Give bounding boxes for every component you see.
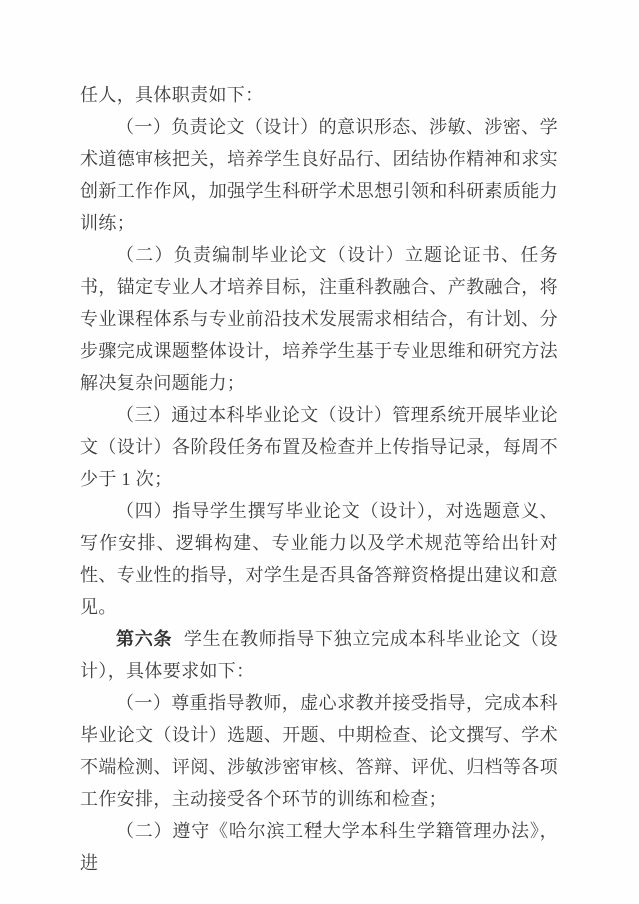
page-number: - 4 -: [0, 817, 639, 833]
article-number-label: 第六条: [116, 629, 172, 649]
document-body: 任人，具体职责如下： （一）负责论文（设计）的意识形态、涉敏、涉密、学术道德审核…: [80, 79, 558, 879]
paragraph-duty-4: （四）指导学生撰写毕业论文（设计），对选题意义、写作安排、逻辑构建、专业能力以及…: [80, 495, 558, 623]
paragraph-duty-3: （三）通过本科毕业论文（设计）管理系统开展毕业论文（设计）各阶段任务布置及检查并…: [80, 399, 558, 495]
paragraph-duty-2: （二）负责编制毕业论文（设计）立题论证书、任务书，锚定专业人才培养目标，注重科教…: [80, 239, 558, 399]
document-page: 任人，具体职责如下： （一）负责论文（设计）的意识形态、涉敏、涉密、学术道德审核…: [0, 0, 639, 904]
paragraph-article-6: 第六条学生在教师指导下独立完成本科毕业论文（设计），具体要求如下：: [80, 623, 558, 687]
paragraph-continuation: 任人，具体职责如下：: [80, 79, 558, 111]
paragraph-requirement-1: （一）尊重指导教师，虚心求教并接受指导，完成本科毕业论文（设计）选题、开题、中期…: [80, 687, 558, 815]
paragraph-duty-1: （一）负责论文（设计）的意识形态、涉敏、涉密、学术道德审核把关，培养学生良好品行…: [80, 111, 558, 239]
